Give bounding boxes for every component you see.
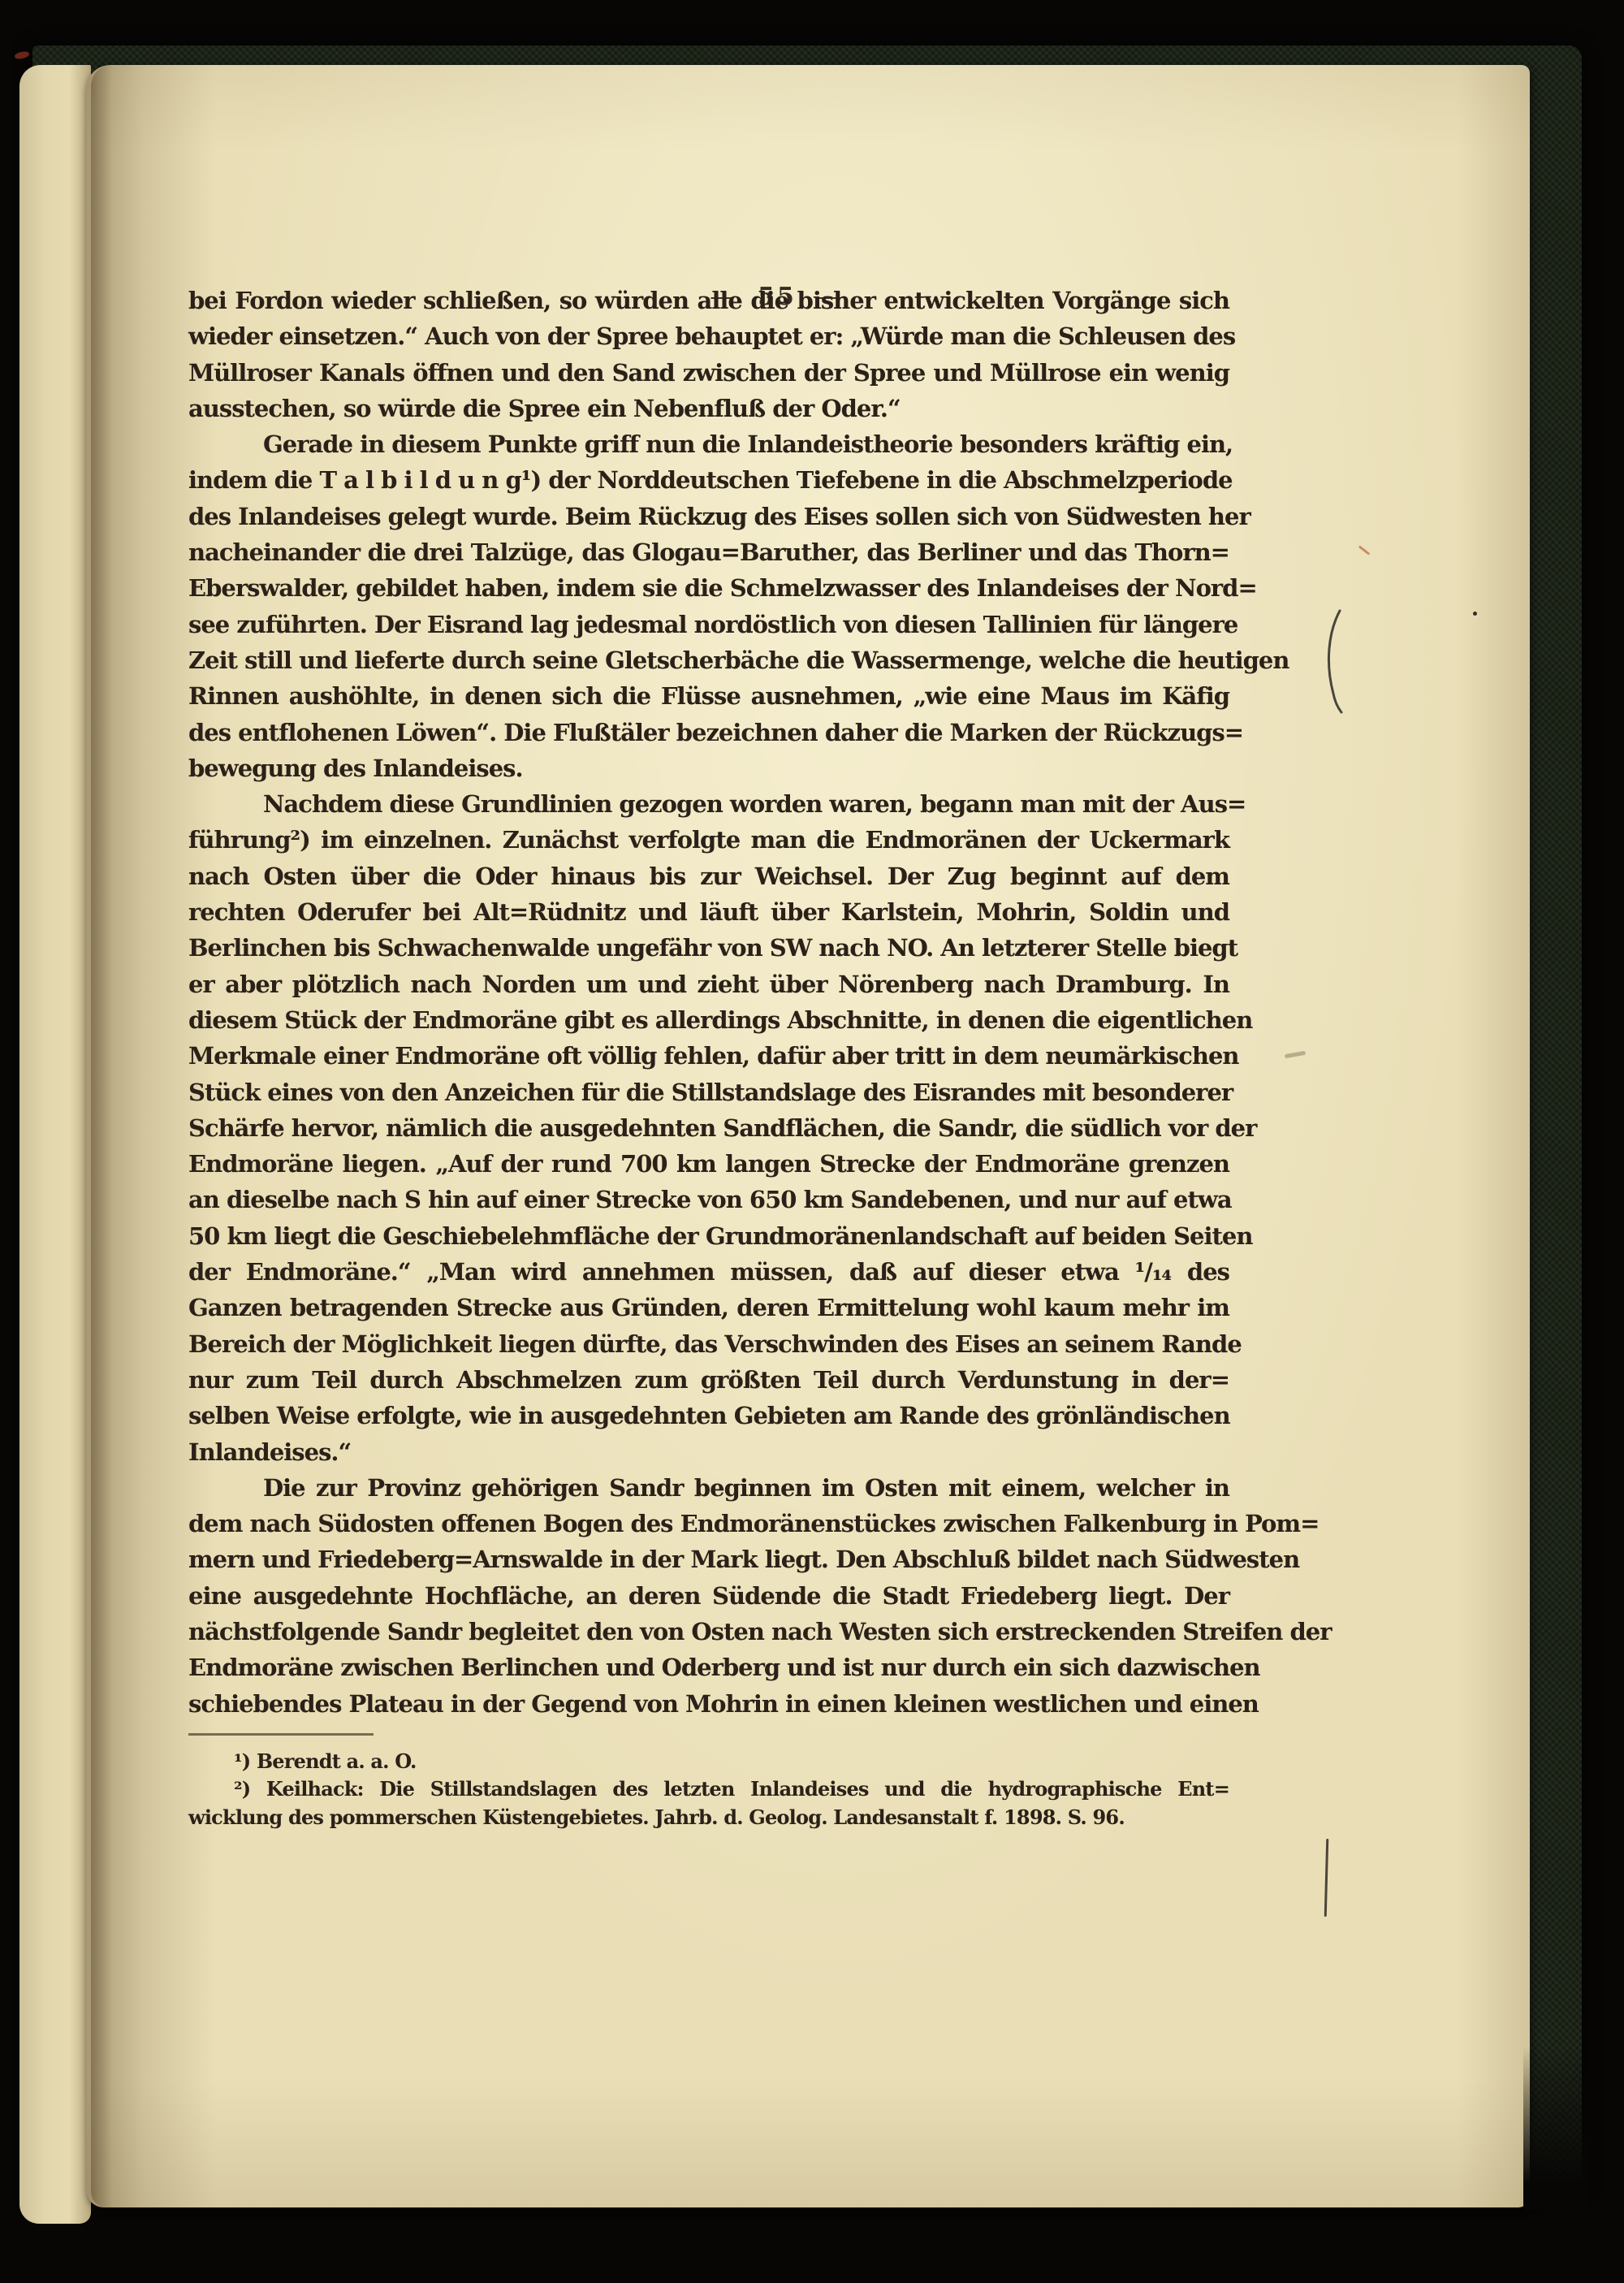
text-line: Ganzen betragenden Strecke aus Gründen, … xyxy=(188,1290,1229,1325)
text-line: Endmoräne liegen. „Auf der rund 700 km l… xyxy=(188,1146,1229,1182)
footnote-line: wicklung des pommerschen Küstengebietes.… xyxy=(188,1804,1229,1831)
text-line: see zuführten. Der Eisrand lag jedesmal … xyxy=(188,607,1229,642)
text-line: nächstfolgende Sandr begleitet den von O… xyxy=(188,1614,1229,1650)
text-line: Bereich der Möglichkeit liegen dürfte, d… xyxy=(188,1326,1229,1362)
text-line: Nachdem diese Grundlinien gezogen worden… xyxy=(188,786,1229,822)
text-line: eine ausgedehnte Hochfläche, an deren Sü… xyxy=(188,1578,1229,1614)
text-line: des entflohenen Löwen“. Die Flußtäler be… xyxy=(188,715,1229,750)
red-speck-icon xyxy=(14,50,29,60)
text-line: Zeit still und lieferte durch seine Glet… xyxy=(188,642,1229,678)
text-line: indem die T a l b i l d u n g¹) der Nord… xyxy=(188,462,1229,498)
body-text: bei Fordon wieder schließen, so würden a… xyxy=(188,283,1229,1722)
text-line: Gerade in diesem Punkte griff nun die In… xyxy=(188,426,1229,462)
text-line: der Endmoräne.“ „Man wird annehmen müsse… xyxy=(188,1254,1229,1290)
text-line: Stück eines von den Anzeichen für die St… xyxy=(188,1074,1229,1110)
ink-dot-icon xyxy=(1473,612,1477,616)
footnote-line: ¹) Berendt a. a. O. xyxy=(188,1748,1229,1775)
text-line: ausstechen, so würde die Spree ein Neben… xyxy=(188,391,1229,426)
footnote-line: ²) Keilhack: Die Stillstandslagen des le… xyxy=(188,1775,1229,1803)
text-line: Die zur Provinz gehörigen Sandr beginnen… xyxy=(188,1470,1229,1506)
text-line: Schärfe hervor, nämlich die ausgedehnten… xyxy=(188,1110,1229,1146)
text-line: selben Weise erfolgte, wie in ausgedehnt… xyxy=(188,1398,1229,1433)
text-line: dem nach Südosten offenen Bogen des Endm… xyxy=(188,1506,1229,1541)
scanned-book-photo: —55— bei Fordon wieder schließen, so wür… xyxy=(0,0,1624,2283)
text-line: rechten Oderufer bei Alt=Rüdnitz und läu… xyxy=(188,894,1229,930)
text-line: wieder einsetzen.“ Auch von der Spree be… xyxy=(188,318,1229,354)
text-line: Müllroser Kanals öffnen und den Sand zwi… xyxy=(188,355,1229,391)
text-line: bei Fordon wieder schließen, so würden a… xyxy=(188,283,1229,318)
text-line: Eberswalder, gebildet haben, indem sie d… xyxy=(188,570,1229,606)
text-line: Inlandeises.“ xyxy=(188,1434,1229,1470)
text-line: Endmoräne zwischen Berlinchen und Oderbe… xyxy=(188,1650,1229,1685)
text-line: schiebendes Plateau in der Gegend von Mo… xyxy=(188,1686,1229,1722)
text-line: nacheinander die drei Talzüge, das Gloga… xyxy=(188,534,1229,570)
text-line: diesem Stück der Endmoräne gibt es aller… xyxy=(188,1002,1229,1038)
text-line: an dieselbe nach S hin auf einer Strecke… xyxy=(188,1182,1229,1217)
pen-stroke-curved-icon xyxy=(1322,609,1354,715)
text-line: des Inlandeises gelegt wurde. Beim Rückz… xyxy=(188,499,1229,534)
text-line: nach Osten über die Oder hinaus bis zur … xyxy=(188,858,1229,894)
text-line: Merkmale einer Endmoräne oft völlig fehl… xyxy=(188,1038,1229,1074)
footnote-separator-rule xyxy=(188,1733,374,1736)
text-line: Berlinchen bis Schwachenwalde ungefähr v… xyxy=(188,930,1229,966)
text-line: mern und Friedeberg=Arnswalde in der Mar… xyxy=(188,1541,1229,1577)
cover-bottom-shadow xyxy=(1523,2047,1588,2209)
text-line: er aber plötzlich nach Norden um und zie… xyxy=(188,966,1229,1002)
footnotes: ¹) Berendt a. a. O.²) Keilhack: Die Stil… xyxy=(188,1748,1229,1831)
text-line: 50 km liegt die Geschiebelehmfläche der … xyxy=(188,1218,1229,1254)
text-line: nur zum Teil durch Abschmelzen zum größt… xyxy=(188,1362,1229,1398)
text-line: bewegung des Inlandeises. xyxy=(188,750,1229,786)
text-line: führung²) im einzelnen. Zunächst verfolg… xyxy=(188,822,1229,858)
text-line: Rinnen aushöhlte, in denen sich die Flüs… xyxy=(188,678,1229,714)
underlying-page-edge xyxy=(19,65,91,2224)
